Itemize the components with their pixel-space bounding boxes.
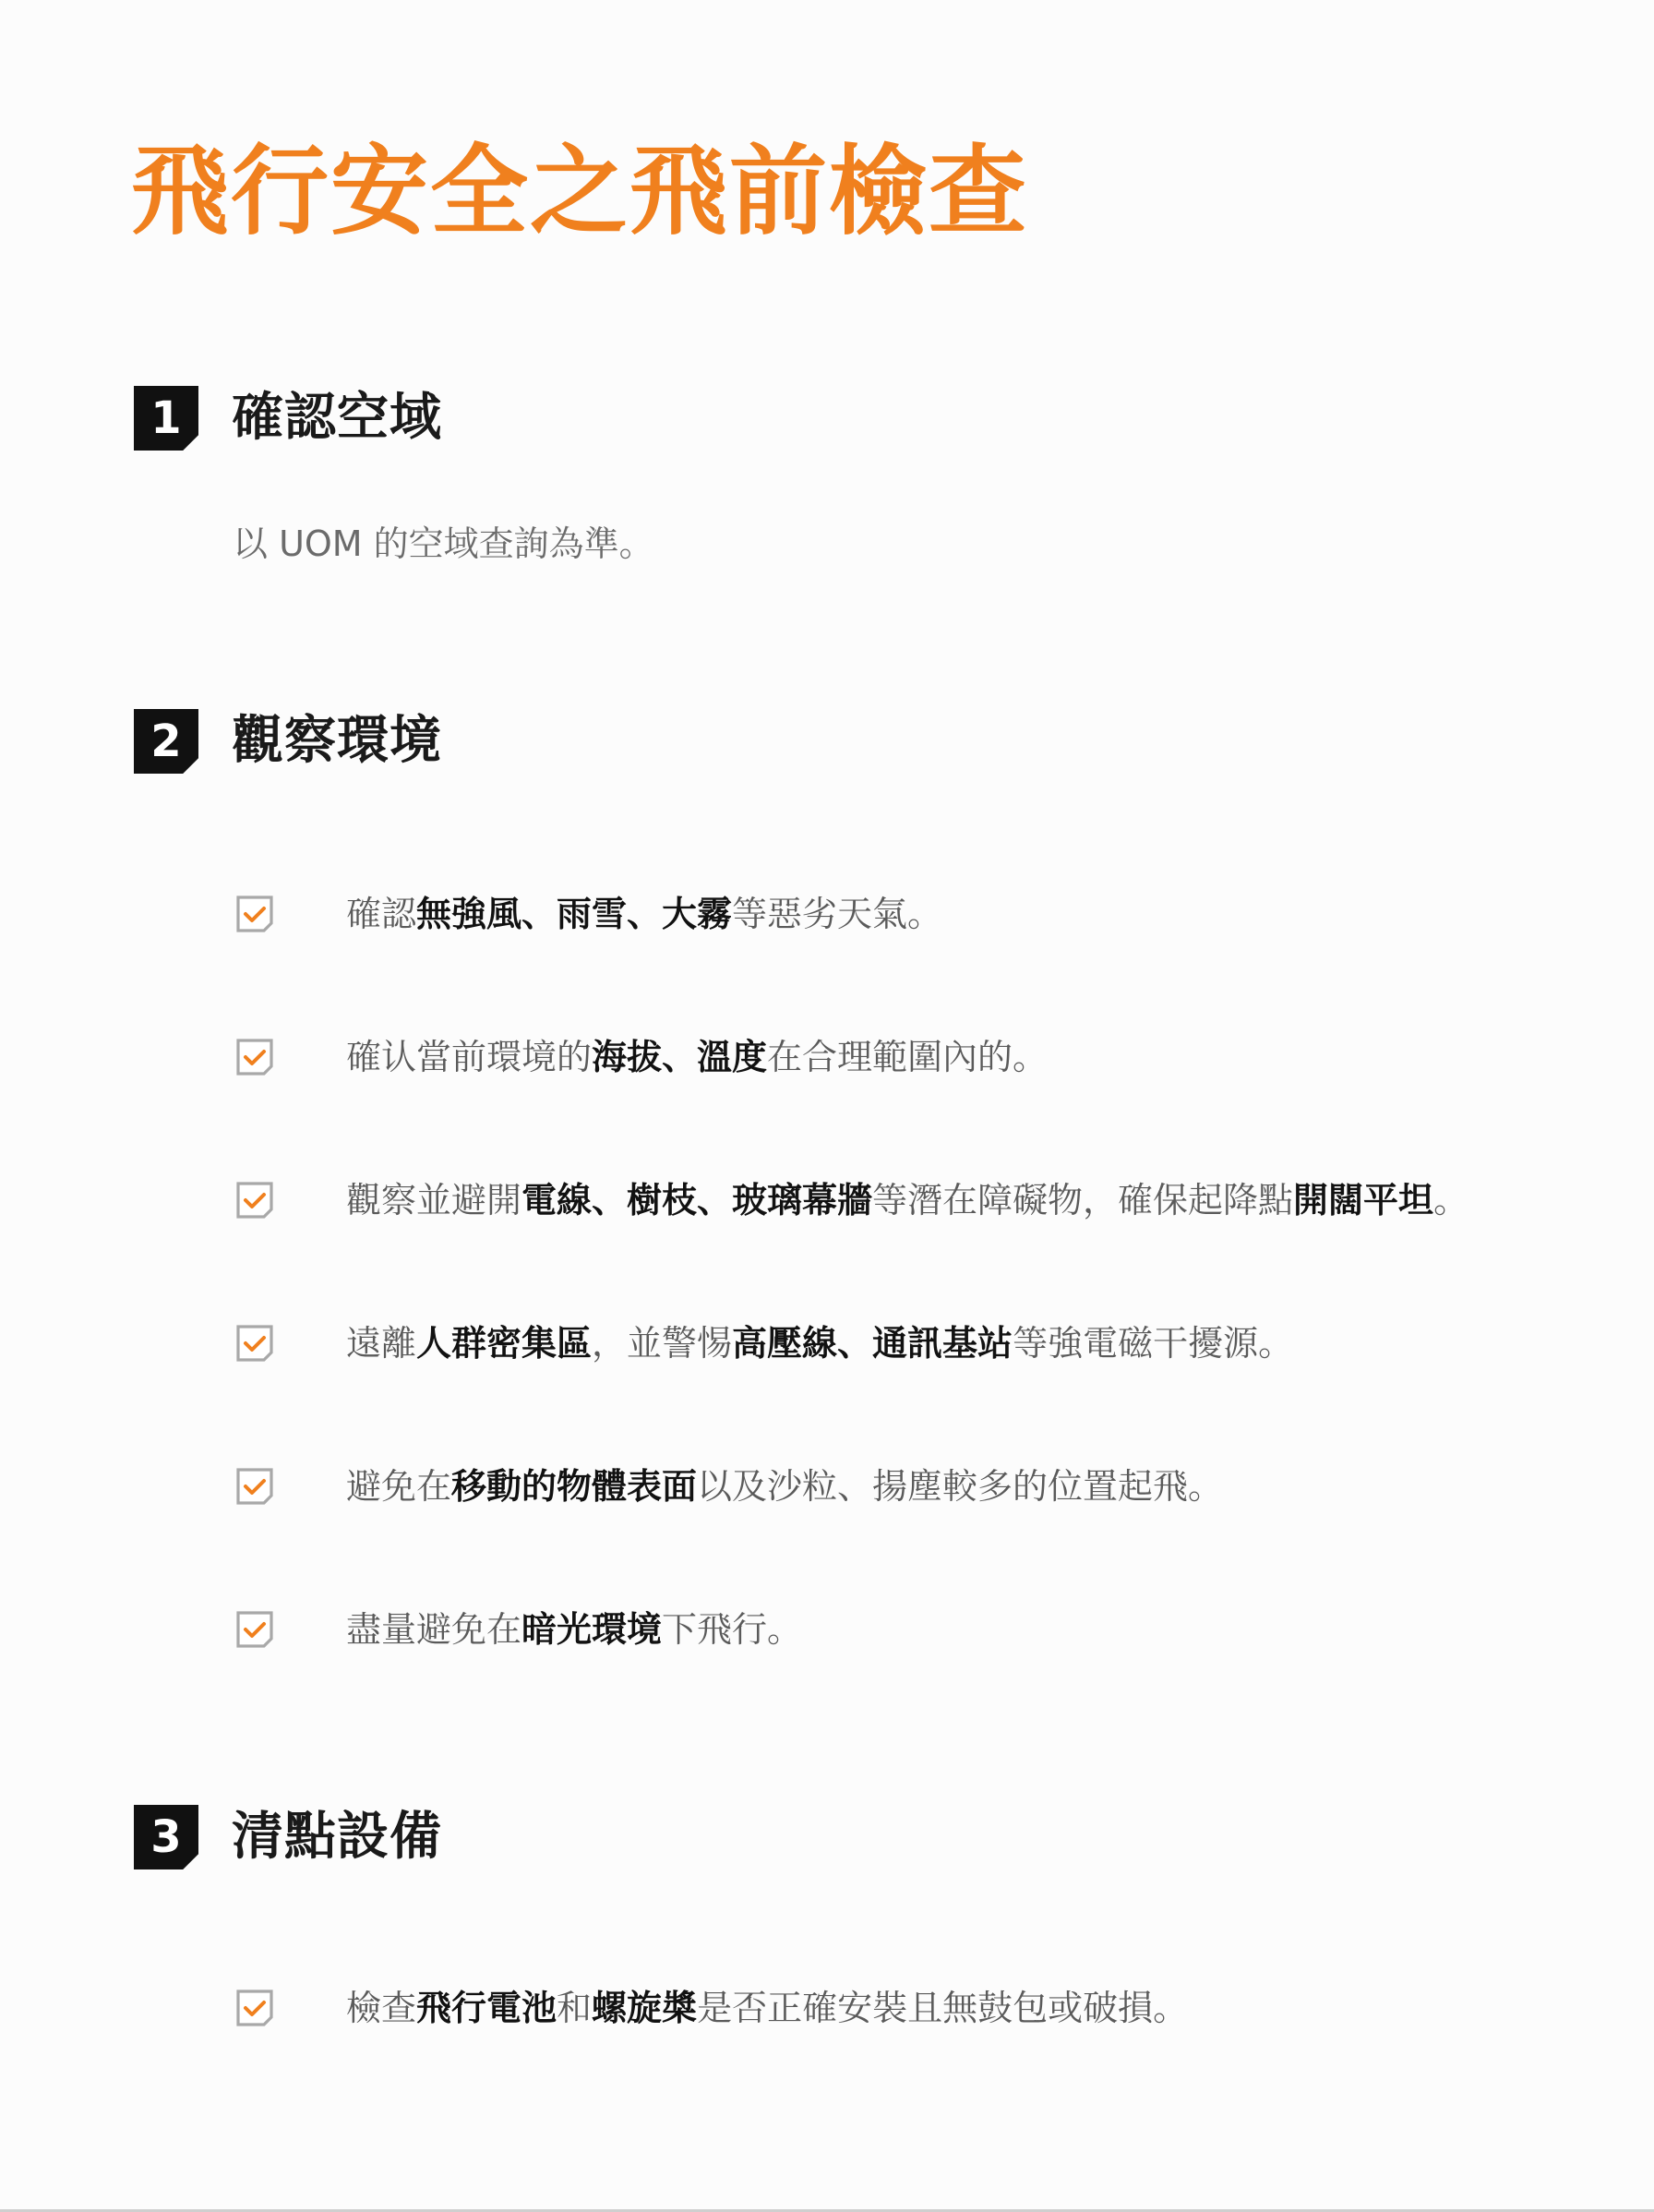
section-header-3: 3 清點設備 <box>134 1805 442 1869</box>
plain-text: 遠離 <box>346 1323 416 1364</box>
emphasis-text: 螺旋槳 <box>592 1988 697 2028</box>
plain-text: 在合理範圍內的。 <box>767 1037 1048 1077</box>
checklist-item: 確认當前環境的海拔、溫度在合理範圍內的。 <box>235 1031 1048 1083</box>
checklist-item-text: 觀察並避開電線、樹枝、玻璃幕牆等潛在障礙物，確保起降點開闊平坦。 <box>346 1183 1468 1218</box>
emphasis-text: 海拔、溫度 <box>592 1037 767 1077</box>
plain-text: 和 <box>557 1988 592 2028</box>
plain-text: 避免在 <box>346 1466 451 1507</box>
emphasis-text: 暗光環境 <box>521 1609 662 1650</box>
plain-text: 等強電磁干擾源。 <box>1013 1323 1293 1364</box>
emphasis-text: 人群密集區 <box>416 1323 592 1364</box>
plain-text: 觀察並避開 <box>346 1180 521 1220</box>
numbered-badge-icon: 1 <box>134 386 198 451</box>
plain-text: 。 <box>1433 1180 1468 1220</box>
emphasis-text: 開闊平坦 <box>1293 1180 1433 1220</box>
checklist-item-text: 盡量避免在暗光環境下飛行。 <box>346 1612 802 1647</box>
checklist-item: 盡量避免在暗光環境下飛行。 <box>235 1604 802 1655</box>
checklist-item: 避免在移動的物體表面以及沙粒、揚塵較多的位置起飛。 <box>235 1461 1223 1512</box>
checked-box-icon <box>235 895 274 933</box>
checklist-item: 遠離人群密集區，並警惕高壓線、通訊基站等強電磁干擾源。 <box>235 1317 1293 1369</box>
section-title: 觀察環境 <box>232 715 442 767</box>
plain-text: 盡量避免在 <box>346 1609 521 1650</box>
checklist-item-text: 檢查飛行電池和螺旋槳是否正確安裝且無鼓包或破損。 <box>346 1990 1188 2026</box>
checklist-item-text: 確认當前環境的海拔、溫度在合理範圍內的。 <box>346 1040 1048 1075</box>
checklist-item: 確認無強風、雨雪、大霧等惡劣天氣。 <box>235 888 942 940</box>
plain-text: 確认當前環境的 <box>346 1037 592 1077</box>
section-number: 2 <box>150 719 181 763</box>
checklist-item-text: 避免在移動的物體表面以及沙粒、揚塵較多的位置起飛。 <box>346 1469 1223 1504</box>
numbered-badge-icon: 2 <box>134 709 198 774</box>
checked-box-icon <box>235 1989 274 2027</box>
emphasis-text: 飛行電池 <box>416 1988 557 2028</box>
plain-text: 以及沙粒、揚塵較多的位置起飛。 <box>697 1466 1223 1507</box>
checked-box-icon <box>235 1610 274 1649</box>
checked-box-icon <box>235 1038 274 1076</box>
emphasis-text: 電線、樹枝、玻璃幕牆 <box>521 1180 872 1220</box>
checklist-item: 檢查飛行電池和螺旋槳是否正確安裝且無鼓包或破損。 <box>235 1982 1188 2034</box>
section-number: 1 <box>150 396 181 440</box>
checklist-item-text: 遠離人群密集區，並警惕高壓線、通訊基站等強電磁干擾源。 <box>346 1326 1293 1361</box>
checklist-item-text: 確認無強風、雨雪、大霧等惡劣天氣。 <box>346 896 942 932</box>
section-header-1: 1 確認空域 <box>134 386 442 451</box>
emphasis-text: 高壓線、通訊基站 <box>732 1323 1013 1364</box>
plain-text: 是否正確安裝且無鼓包或破損。 <box>697 1988 1188 2028</box>
plain-text: 等惡劣天氣。 <box>732 894 942 934</box>
plain-text: 確認 <box>346 894 416 934</box>
plain-text: 檢查 <box>346 1988 416 2028</box>
checked-box-icon <box>235 1467 274 1506</box>
page-title: 飛行安全之飛前檢查 <box>131 143 1028 241</box>
flight-safety-checklist-page: 飛行安全之飛前檢查 1 確認空域 以 UOM 的空域查詢為準。 2 觀察環境 確… <box>0 0 1654 2212</box>
section-title: 清點設備 <box>232 1811 442 1863</box>
section-number: 3 <box>150 1815 181 1859</box>
plain-text: ，並警惕 <box>592 1323 732 1364</box>
checked-box-icon <box>235 1181 274 1220</box>
section-title: 確認空域 <box>232 392 442 444</box>
checked-box-icon <box>235 1324 274 1363</box>
checklist-item: 觀察並避開電線、樹枝、玻璃幕牆等潛在障礙物，確保起降點開闊平坦。 <box>235 1174 1468 1226</box>
plain-text: 等潛在障礙物，確保起降點 <box>872 1180 1293 1220</box>
emphasis-text: 移動的物體表面 <box>451 1466 697 1507</box>
plain-text: 下飛行。 <box>662 1609 802 1650</box>
section-header-2: 2 觀察環境 <box>134 709 442 774</box>
section-description: 以 UOM 的空域查詢為準。 <box>233 526 654 561</box>
numbered-badge-icon: 3 <box>134 1805 198 1869</box>
emphasis-text: 無強風、雨雪、大霧 <box>416 894 732 934</box>
